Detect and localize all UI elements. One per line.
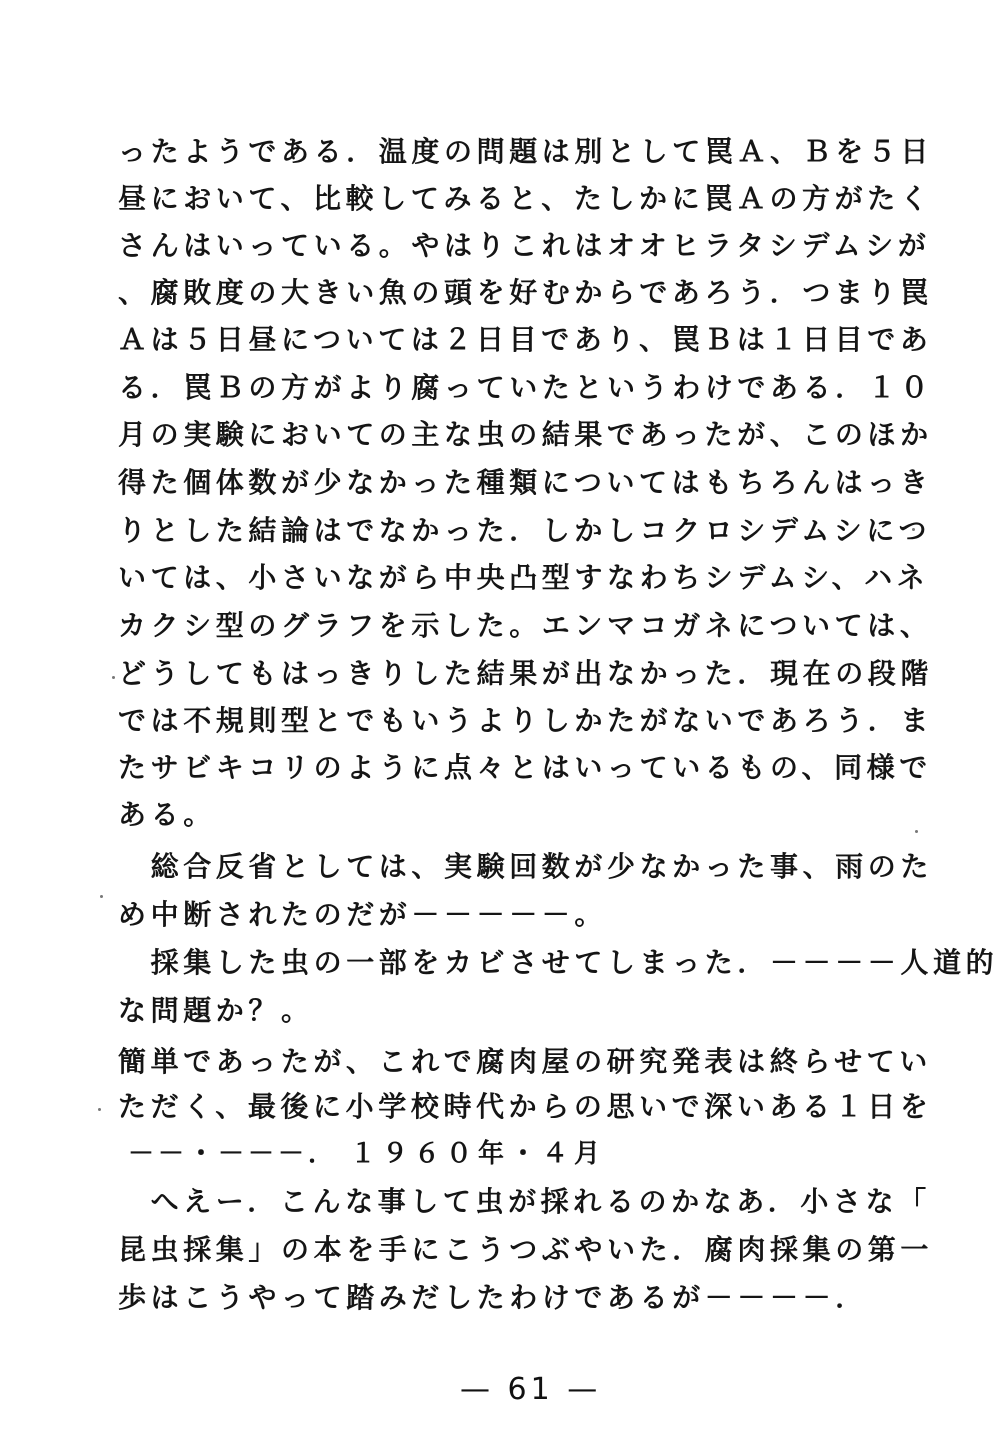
page-number: — 61 — — [460, 1372, 601, 1407]
text-line: へえー．こんな事して虫が採れるのかなあ．小さな「 — [118, 1185, 908, 1219]
text-line: ただく、最後に小学校時代からの思いで深いある１日を — [118, 1090, 908, 1124]
text-line: 総合反省としては、実験回数が少なかった事、雨のた — [118, 850, 908, 884]
dash-line: －－・－－－． — [128, 1137, 338, 1171]
scan-speck — [98, 1108, 101, 1111]
scan-speck — [908, 148, 911, 151]
document-page: ったようである．温度の問題は別として罠Ａ、Ｂを５日 昼において、比較してみると、… — [0, 0, 1000, 1455]
text-line: 採集した虫の一部をカビさせてしまった．－－－－人道的 — [118, 946, 908, 980]
text-line: 、腐敗度の大きい魚の頭を好むからであろう．つまり罠 — [118, 276, 908, 310]
text-line: め中断されたのだが－－－－－。 — [118, 898, 908, 932]
text-line: Ａは５日昼については２日目であり、罠Ｂは１日目であ — [118, 323, 908, 357]
text-line: いては、小さいながら中央凸型すなわちシデムシ、ハネ — [118, 561, 908, 595]
text-line: さんはいっている。やはりこれはオオヒラタシデムシが — [118, 229, 908, 263]
text-line: 得た個体数が少なかった種類についてはもちろんはっき — [118, 466, 908, 500]
scan-speck — [915, 830, 918, 833]
scan-speck — [912, 528, 915, 531]
text-line: ったようである．温度の問題は別として罠Ａ、Ｂを５日 — [118, 135, 908, 169]
scan-speck — [112, 676, 115, 679]
text-line: 昼において、比較してみると、たしかに罠Ａの方がたく — [118, 182, 908, 216]
scan-speck — [100, 895, 103, 898]
text-line: 月の実験においての主な虫の結果であったが、このほか — [118, 418, 908, 452]
text-line: では不規則型とでもいうよりしかたがないであろう．ま — [118, 704, 908, 738]
text-line: たサビキコリのように点々とはいっているもの、同様で — [118, 751, 908, 785]
text-line: りとした結論はでなかった．しかしコクロシデムシにつ — [118, 514, 908, 548]
text-line: カクシ型のグラフを示した。エンマコガネについては、 — [118, 609, 908, 643]
text-line: 歩はこうやって踏みだしたわけであるが－－－－． — [118, 1281, 908, 1315]
text-line: る．罠Ｂの方がより腐っていたというわけである．１０ — [118, 371, 908, 405]
text-line: 昆虫採集」の本を手にこうつぶやいた．腐肉採集の第一 — [118, 1233, 908, 1267]
text-line: 簡単であったが、これで腐肉屋の研究発表は終らせてい — [118, 1045, 908, 1079]
date: １９６０年・４月 — [350, 1137, 606, 1171]
text-line: な問題か？。 — [118, 994, 908, 1028]
text-line: ある。 — [118, 798, 908, 832]
text-line: どうしてもはっきりした結果が出なかった．現在の段階 — [118, 657, 908, 691]
